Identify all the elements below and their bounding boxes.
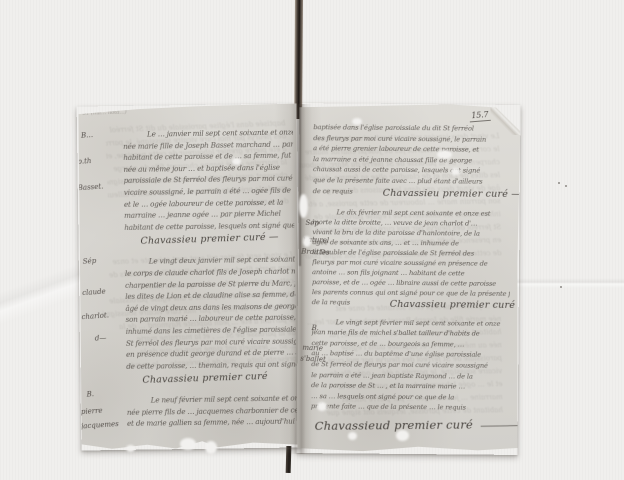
margin-note-line: jacquemes bbox=[81, 420, 119, 430]
right-page-text: baptisée dans l'église paroissiale du di… bbox=[311, 123, 512, 439]
left-page-text: Le … janvier mil sept cent soixante et o… bbox=[123, 128, 297, 431]
background-speck bbox=[558, 182, 560, 184]
manuscript-paragraph: Le dix février mil sept cent soixante et… bbox=[312, 208, 511, 310]
background-crease bbox=[0, 248, 82, 328]
manuscript-paragraph: Le vingt sept février mil sept cent soix… bbox=[311, 318, 510, 415]
manuscript-paragraph: Le vingt deux janvier mil sept cent soix… bbox=[125, 255, 297, 373]
right-page-paper: Le vingt deux janvier mil sept cent soix… bbox=[296, 103, 520, 455]
left-page: baptisée dans l'église paroissiale du di… bbox=[77, 103, 302, 450]
handwritten-line: et de marie gallien sa femme, née … aujo… bbox=[127, 417, 297, 431]
manuscript-paragraph: Le neuf février mil sept cent soixante e… bbox=[127, 394, 297, 431]
binding-rod-top bbox=[294, 0, 303, 119]
margin-note-line: Basset. bbox=[78, 183, 104, 193]
folio-number: 15.7 bbox=[469, 110, 491, 123]
signature-line: Chavassieud premier curé bbox=[311, 417, 509, 439]
signature-line: Chavassieu premier curé — bbox=[124, 231, 294, 249]
margin-note-line: claude bbox=[82, 288, 106, 298]
binding-rod-bottom bbox=[286, 446, 292, 473]
margin-note-line: Sép bbox=[83, 257, 97, 266]
background-speck bbox=[560, 286, 562, 288]
margin-note-line: d— bbox=[95, 334, 107, 343]
handwritten-line: présente faite … que de la présente … le… bbox=[311, 402, 509, 414]
signature-line: Chavassieu premier curé — bbox=[313, 187, 511, 201]
background-speck bbox=[565, 185, 567, 187]
margin-note-line: B. bbox=[86, 390, 94, 398]
left-page-paper: baptisée dans l'église paroissiale du di… bbox=[77, 103, 302, 450]
margin-note-line: charlot. bbox=[81, 311, 109, 321]
margin-note-line: pierre bbox=[81, 407, 103, 416]
margin-note-line: p.th bbox=[77, 157, 92, 166]
right-page: Le vingt deux janvier mil sept cent soix… bbox=[296, 103, 520, 455]
scan-background: { "colors":{"scanner_background":"#f0efe… bbox=[0, 0, 624, 480]
signature-line: Chavassieu premier curé bbox=[126, 370, 296, 388]
top-annotation: 31 (mil… nota…) bbox=[83, 109, 127, 116]
signature-line: Chavassieu premier curé — bbox=[312, 298, 510, 312]
background-crease bbox=[514, 278, 624, 288]
manuscript-paragraph: Le … janvier mil sept cent soixante et o… bbox=[123, 128, 294, 235]
margin-note-line: B… bbox=[81, 131, 94, 140]
